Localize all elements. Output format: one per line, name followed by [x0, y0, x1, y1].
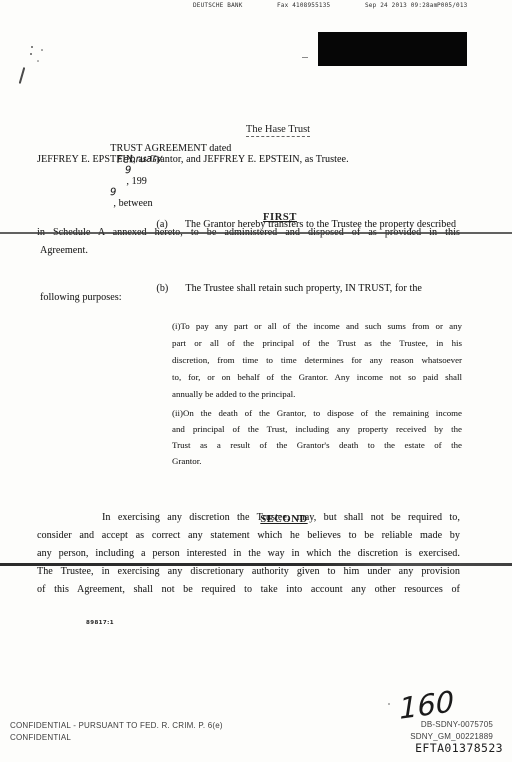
clause-ii-line-1: (ii)On the death of the Grantor, to disp…	[172, 408, 462, 418]
footer-confidential-line-1: CONFIDENTIAL - PURSUANT TO FED. R. CRIM.…	[10, 721, 223, 730]
para-b-line-2: following purposes:	[40, 292, 122, 303]
doc-title: The Hase Trust	[246, 124, 310, 137]
clause-i-line-5: annually be added to the principal.	[172, 389, 295, 399]
pen-marks	[0, 0, 60, 95]
intro-lead: TRUST AGREEMENT dated	[110, 143, 231, 154]
para-second-line-3: any person, including a person intereste…	[37, 548, 460, 559]
bates-number-efta: EFTA01378523	[415, 741, 503, 755]
para-second-line-1: In exercising any discretion the Trustee…	[102, 512, 460, 523]
scan-artifact-line-1	[0, 232, 512, 234]
bates-number-db-sdny: DB-SDNY-0075705	[421, 720, 493, 729]
para-a-line-3: Agreement.	[40, 245, 88, 256]
pen-slash-mark	[19, 67, 26, 84]
clause-i-line-4: to, for, or on behalf of the Grantor. An…	[172, 372, 462, 382]
footer-confidential-line-2: CONFIDENTIAL	[10, 733, 71, 742]
fax-number: Fax 4108955135	[277, 2, 330, 9]
para-second-line-2: consider and accept as correct any state…	[37, 530, 460, 541]
fax-timestamp: Sep 24 2013 09:28am	[365, 2, 437, 9]
doc-ref-number: 89817:1	[86, 620, 114, 626]
para-second-line-5: of this Agreement, shall not be required…	[37, 584, 460, 595]
para-b-label: (b)	[156, 283, 168, 294]
intro-line-2: JEFFREY E. EPSTEIN, as Grantor, and JEFF…	[37, 154, 349, 165]
para-b-text-1: The Trustee shall retain such property, …	[185, 283, 422, 294]
clause-i-line-2: part or all of the principal of the Trus…	[172, 338, 462, 348]
para-second-line-4: The Trustee, in exercising any discretio…	[37, 566, 460, 577]
redaction-box	[318, 32, 467, 66]
scan-artifact-line-2	[0, 563, 512, 566]
intro-year-prefix: , 199	[126, 176, 147, 187]
clause-ii-line-4: Grantor.	[172, 456, 201, 466]
clause-i-line-3: discretion, from time to time determines…	[172, 355, 462, 365]
scanned-document-page: DEUTSCHE BANK Fax 4108955135 Sep 24 2013…	[0, 0, 512, 762]
fax-page-counter: P005/013	[437, 2, 468, 9]
handwritten-day: 9	[125, 165, 132, 176]
fax-sender: DEUTSCHE BANK	[193, 2, 243, 9]
pen-dash-mark	[302, 57, 308, 58]
clause-ii-line-2: and principal of the Trust, including an…	[172, 424, 462, 434]
clause-ii-line-3: Trust as a result of the Grantor's death…	[172, 440, 462, 450]
pen-dot-mark	[388, 703, 390, 705]
handwritten-page-number: 160	[383, 670, 454, 740]
bates-number-sdny-gm: SDNY_GM_00221889	[410, 732, 493, 741]
para-b-line-1: (b)The Trustee shall retain such propert…	[146, 272, 422, 305]
clause-i-line-1: (i)To pay any part or all of the income …	[172, 321, 462, 331]
